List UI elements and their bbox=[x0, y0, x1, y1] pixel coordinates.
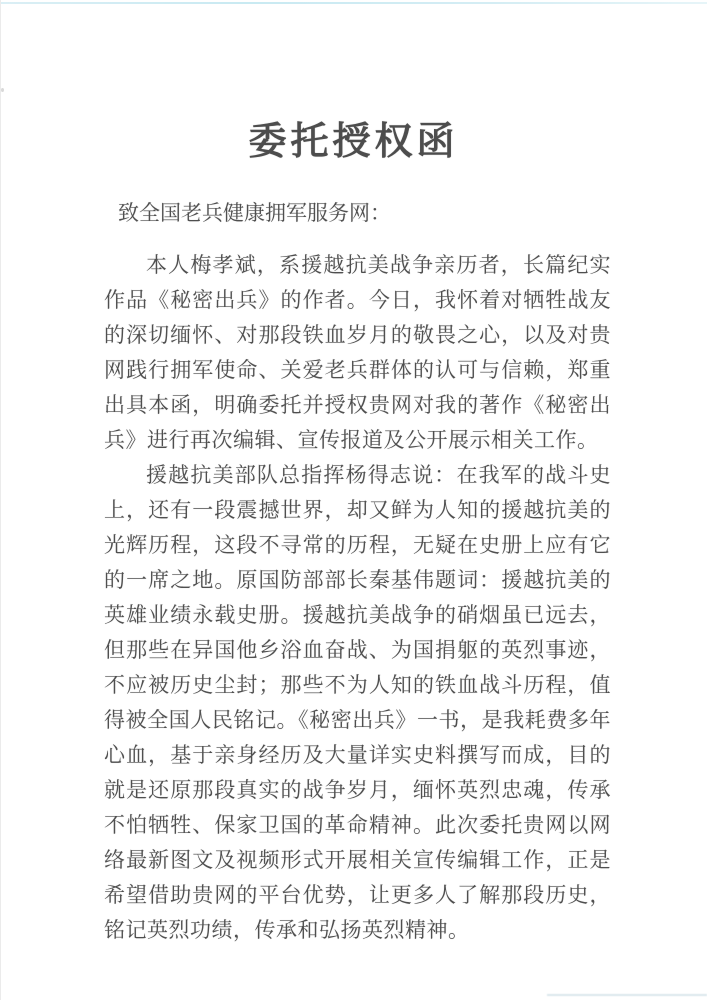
document-body: 致全国老兵健康拥军服务网： 本人梅孝斌，系援越抗美战争亲历者，长篇纪实作品《秘密… bbox=[104, 196, 611, 948]
document-title: 委托授权函 bbox=[0, 118, 707, 166]
scan-artifact-top-edge bbox=[0, 2, 707, 4]
scan-artifact-speck bbox=[1, 88, 4, 92]
paragraph-authorization: 本人梅孝斌，系援越抗美战争亲历者，长篇纪实作品《秘密出兵》的作者。今日，我怀着对… bbox=[104, 248, 611, 458]
salutation-line: 致全国老兵健康拥军服务网： bbox=[104, 196, 611, 231]
paragraph-background: 援越抗美部队总指挥杨得志说：在我军的战斗史上，还有一段震撼世界，却又鲜为人知的援… bbox=[104, 458, 611, 948]
scan-artifact-bottom-edge bbox=[547, 994, 707, 996]
scanned-letter-page: 委托授权函 致全国老兵健康拥军服务网： 本人梅孝斌，系援越抗美战争亲历者，长篇纪… bbox=[0, 0, 707, 1000]
